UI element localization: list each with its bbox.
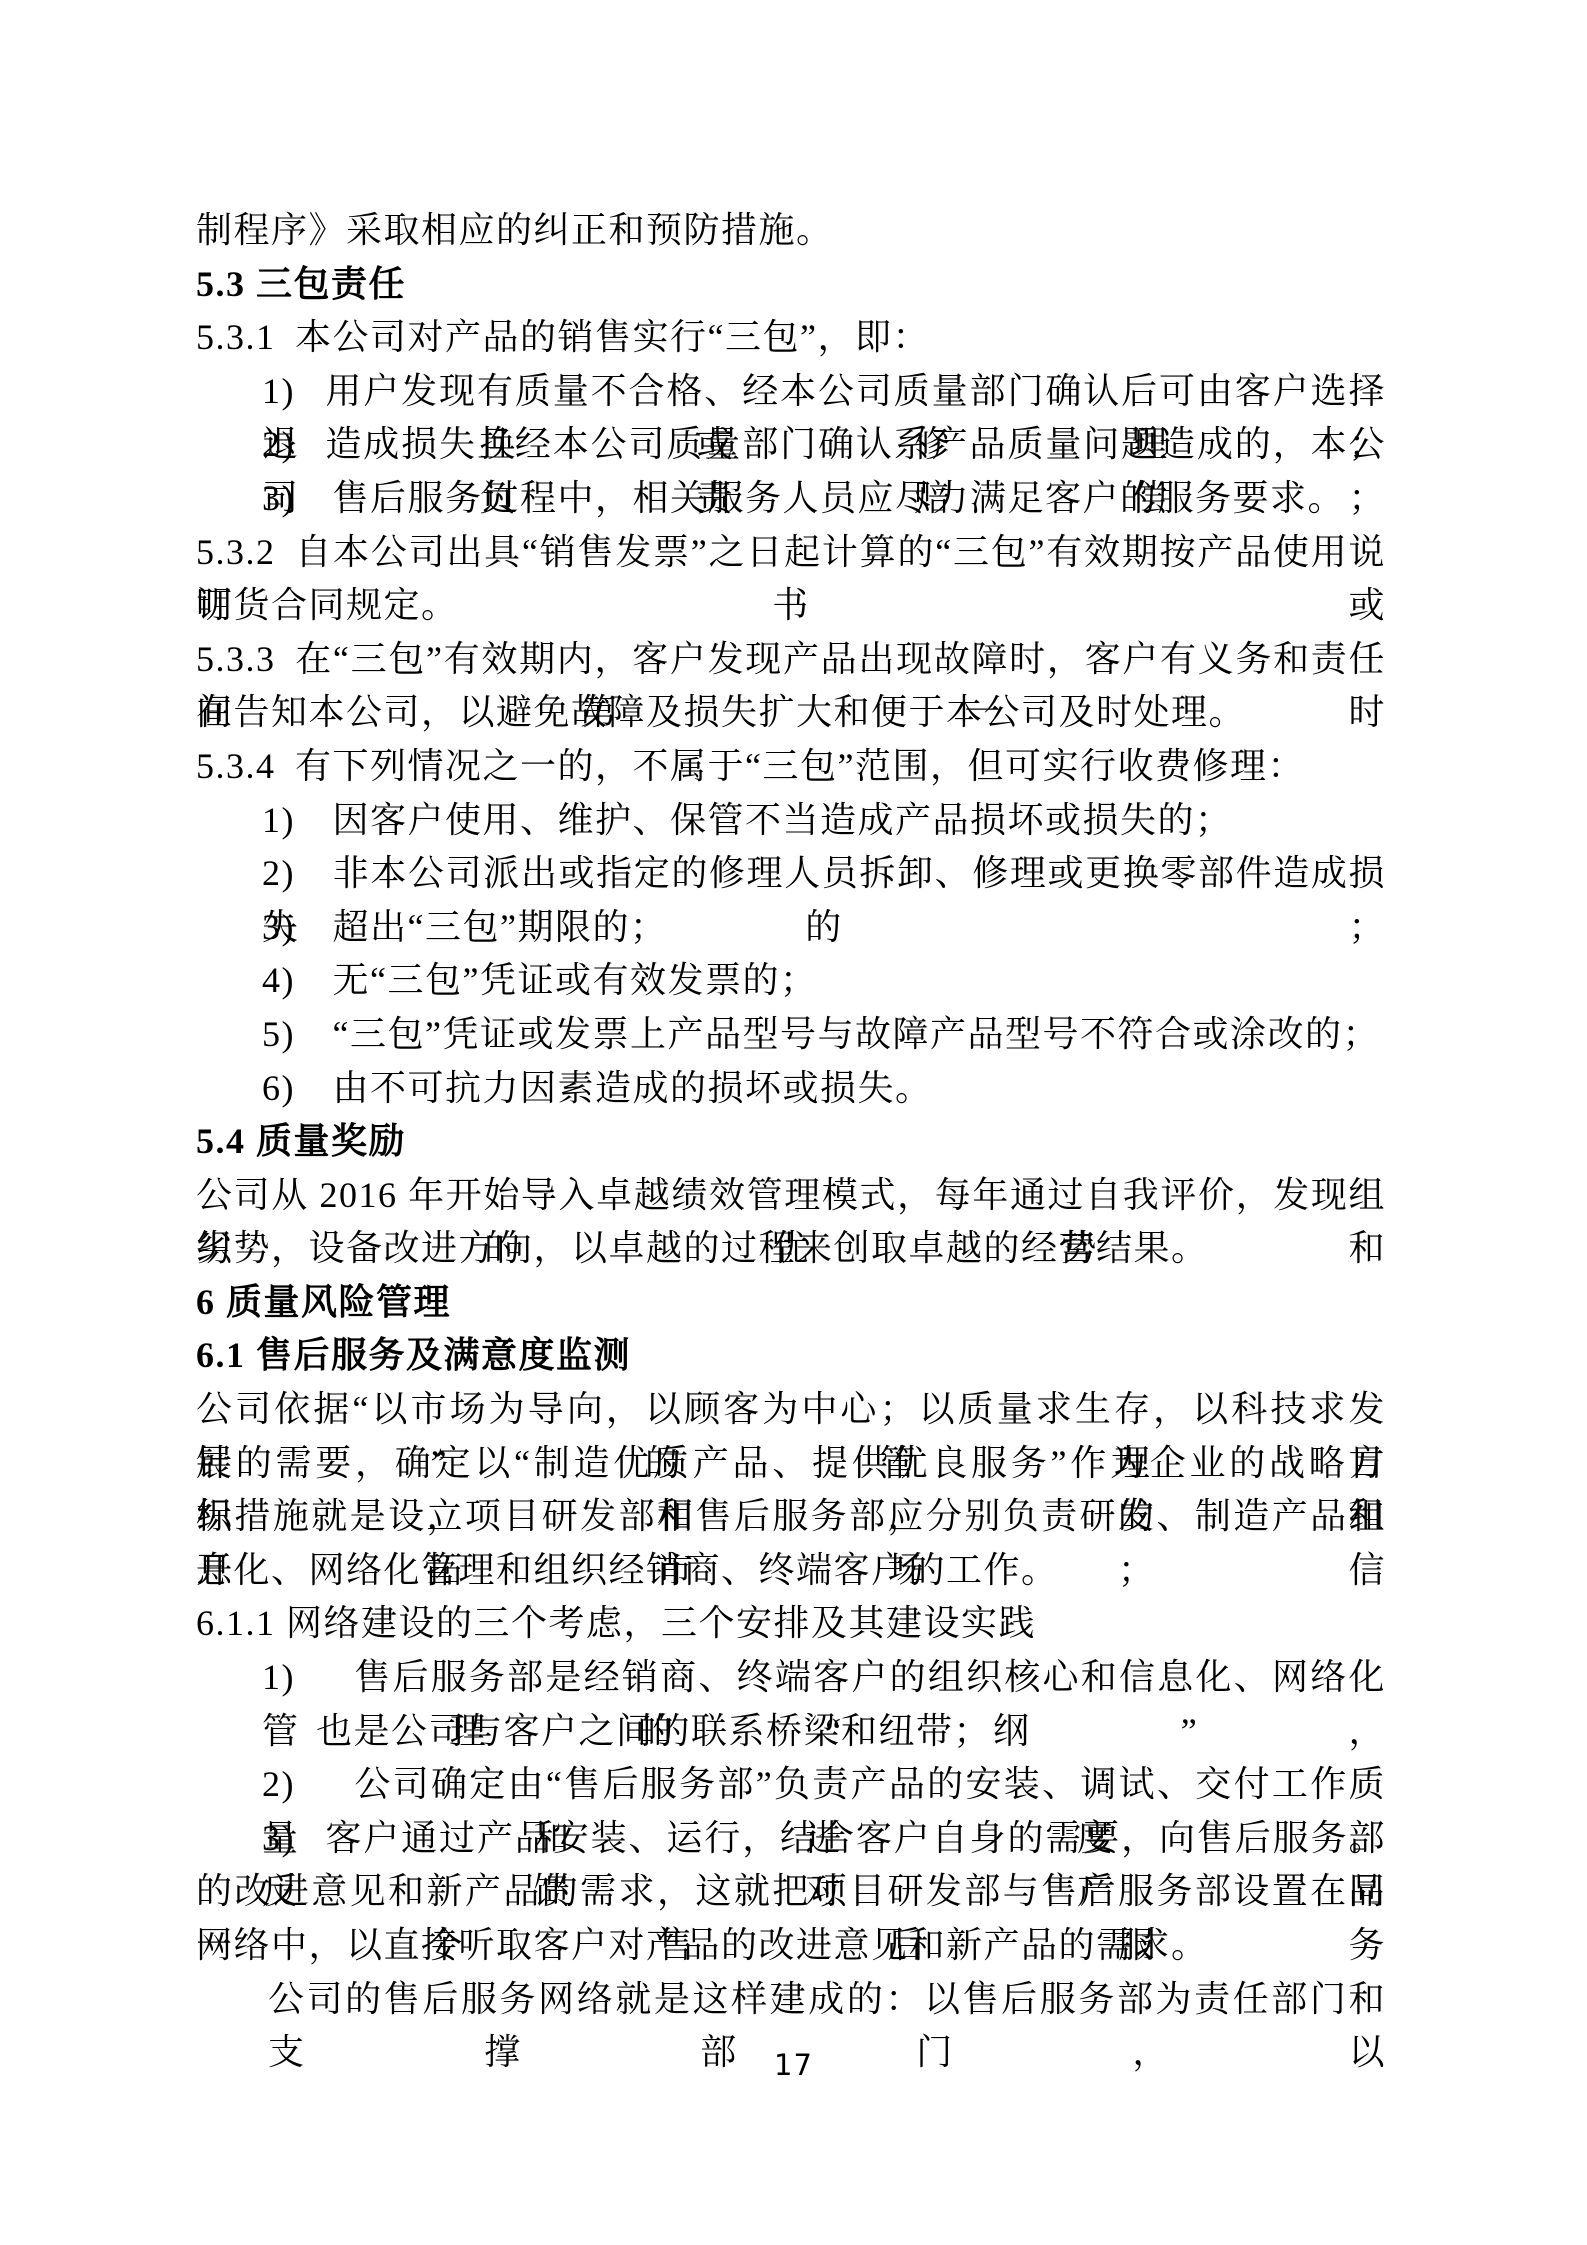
clause-line: 5.3.3 在“三包”有效期内，客户发现产品出现故障时，客户有义务和责任在第一时 xyxy=(196,633,1386,687)
text-line: 网络中，以直接听取客户对产品的改进意见和新产品的需求。 xyxy=(196,1919,1386,1973)
text-line: 公司的售后服务网络就是这样建成的：以售后服务部为责任部门和支撑部门，以 xyxy=(268,1973,1386,2027)
clause-line: 5.3.4 有下列情况之一的，不属于“三包”范围，但可实行收费修理： xyxy=(196,740,1386,794)
page-number: 17 xyxy=(0,2048,1587,2082)
document-page: 制程序》采取相应的纠正和预防措施。 5.3 三包责任 5.3.1 本公司对产品的… xyxy=(0,0,1587,2245)
section-heading-5-3: 5.3 三包责任 xyxy=(196,258,1386,312)
list-item: 1) 用户发现有质量不合格、经本公司质量部门确认后可由客户选择退换或修理； xyxy=(262,365,1386,419)
list-item: 3) 售后服务过程中，相关服务人员应尽力满足客户的服务要求。 xyxy=(262,472,1386,526)
clause-line: 5.3.1 本公司对产品的销售实行“三包”，即： xyxy=(196,311,1386,365)
section-heading-6-1: 6.1 售后服务及满意度监测 xyxy=(196,1329,1386,1383)
list-item: 1) 因客户使用、维护、保管不当造成产品损坏或损失的； xyxy=(262,794,1386,848)
clause-line: 6.1.1 网络建设的三个考虑，三个安排及其建设实践 xyxy=(196,1597,1386,1651)
list-item: 2) 公司确定由“售后服务部”负责产品的安装、调试、交付工作质量和进度。 xyxy=(262,1758,1386,1812)
text-line: 制程序》采取相应的纠正和预防措施。 xyxy=(196,204,1386,258)
text-line: 针的需要，确定以“制造优质产品、提供优良服务”作为企业的战略目标，相应的组 xyxy=(196,1437,1386,1491)
list-item: 5) “三包”凭证或发票上产品型号与故障产品型号不符合或涂改的； xyxy=(262,1008,1386,1062)
text-line: 间告知本公司，以避免故障及损失扩大和便于本公司及时处理。 xyxy=(196,686,1386,740)
text-block: 制程序》采取相应的纠正和预防措施。 5.3 三包责任 5.3.1 本公司对产品的… xyxy=(196,204,1386,2026)
section-heading-6: 6 质量风险管理 xyxy=(196,1276,1386,1330)
list-item: 6) 由不可抗力因素造成的损坏或损失。 xyxy=(262,1062,1386,1116)
clause-line: 5.3.2 自本公司出具“销售发票”之日起计算的“三包”有效期按产品使用说明书或 xyxy=(196,526,1386,580)
list-item: 1) 售后服务部是经销商、终端客户的组织核心和信息化、网络化管理的“纲”， xyxy=(262,1651,1386,1705)
text-line: 的改进意见和新产品的需求，这就把项目研发部与售后服务部设置在同一个售后服务 xyxy=(196,1865,1386,1919)
list-item: 2) 造成损失且经本公司质量部门确认系产品质量问题造成的，本公司负责赔偿； xyxy=(262,418,1386,472)
section-heading-5-4: 5.4 质量奖励 xyxy=(196,1115,1386,1169)
text-line: 劣势，设备改进方向，以卓越的过程来创取卓越的经营结果。 xyxy=(196,1222,1386,1276)
list-item: 3) 客户通过产品安装、运行，结合客户自身的需要，向售后服务部反馈对产品 xyxy=(262,1812,1386,1866)
list-item: 4) 无“三包”凭证或有效发票的； xyxy=(262,954,1386,1008)
text-line: 织措施就是设立项目研发部和售后服务部，分别负责研发、制造产品和开拓市场；信 xyxy=(196,1490,1386,1544)
text-line: 公司依据“以市场为导向，以顾客为中心；以质量求生存，以科技求发展”的管理方 xyxy=(196,1383,1386,1437)
list-item: 2) 非本公司派出或指定的修理人员拆卸、修理或更换零部件造成损失的； xyxy=(262,847,1386,901)
text-line: 公司从 2016 年开始导入卓越绩效管理模式，每年通过自我评价，发现组织的优势和 xyxy=(196,1169,1386,1223)
